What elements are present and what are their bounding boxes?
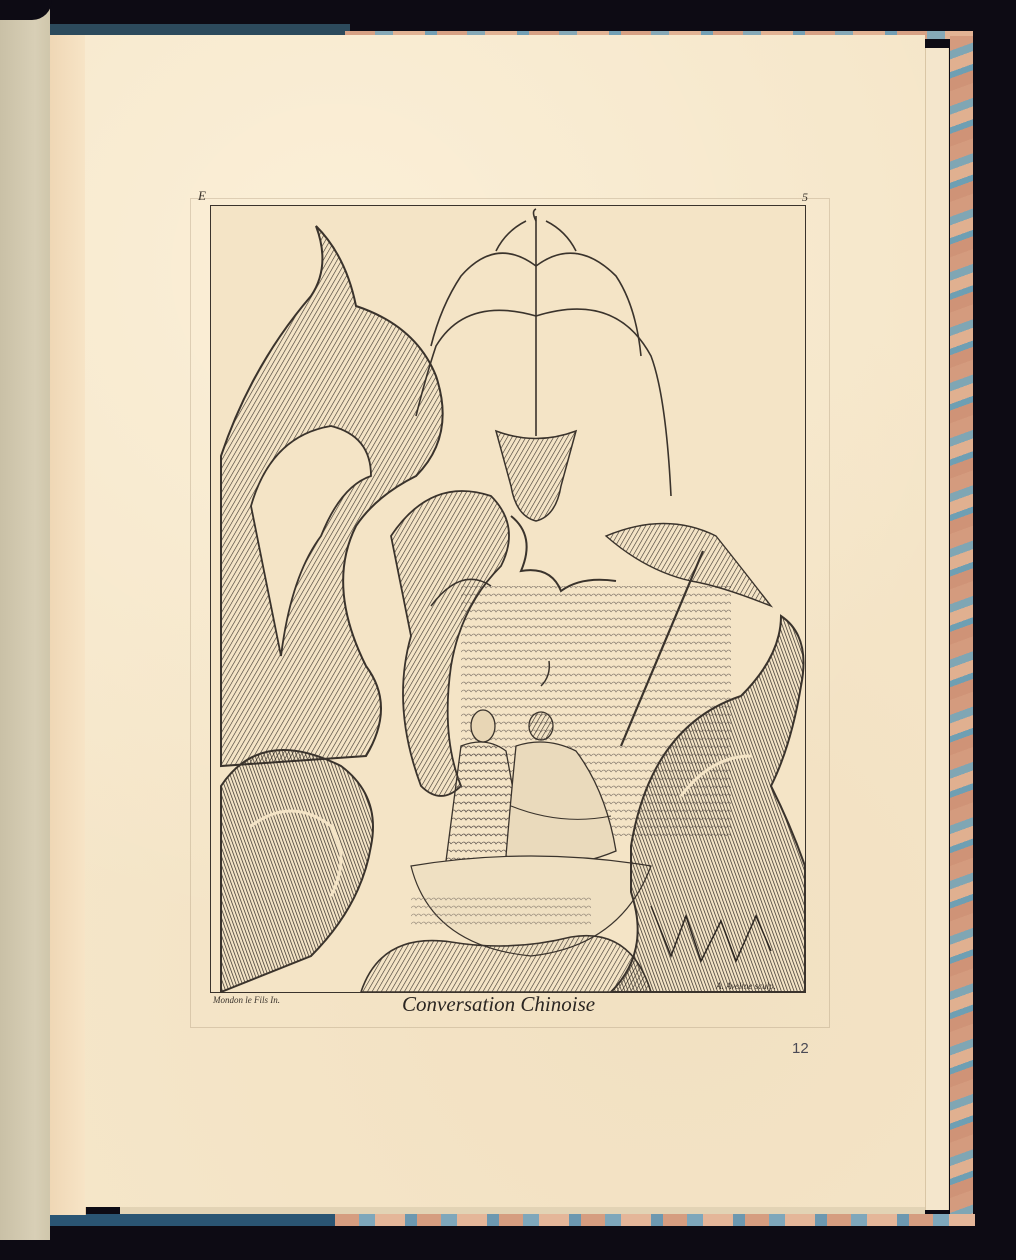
binding-cloth-top bbox=[50, 24, 350, 35]
binding-cloth-bottom bbox=[50, 1214, 335, 1226]
rococo-engraving-icon bbox=[211, 206, 805, 992]
plate-title: Conversation Chinoise bbox=[402, 992, 595, 1017]
page-gutter bbox=[50, 35, 86, 1215]
engraving-illustration bbox=[210, 205, 806, 993]
plate-number: 5 bbox=[802, 190, 808, 205]
series-letter: E bbox=[198, 188, 206, 204]
inventor-credit: Mondon le Fils In. bbox=[213, 995, 280, 1005]
marbled-edge-bottom bbox=[335, 1214, 975, 1226]
marbled-edge-right bbox=[950, 36, 973, 1226]
pencil-page-number: 12 bbox=[792, 1040, 809, 1057]
engraver-credit: A. Aveline sculp. bbox=[716, 981, 776, 991]
previous-page-leaf bbox=[0, 8, 50, 1240]
page-fore-edge bbox=[925, 48, 949, 1210]
